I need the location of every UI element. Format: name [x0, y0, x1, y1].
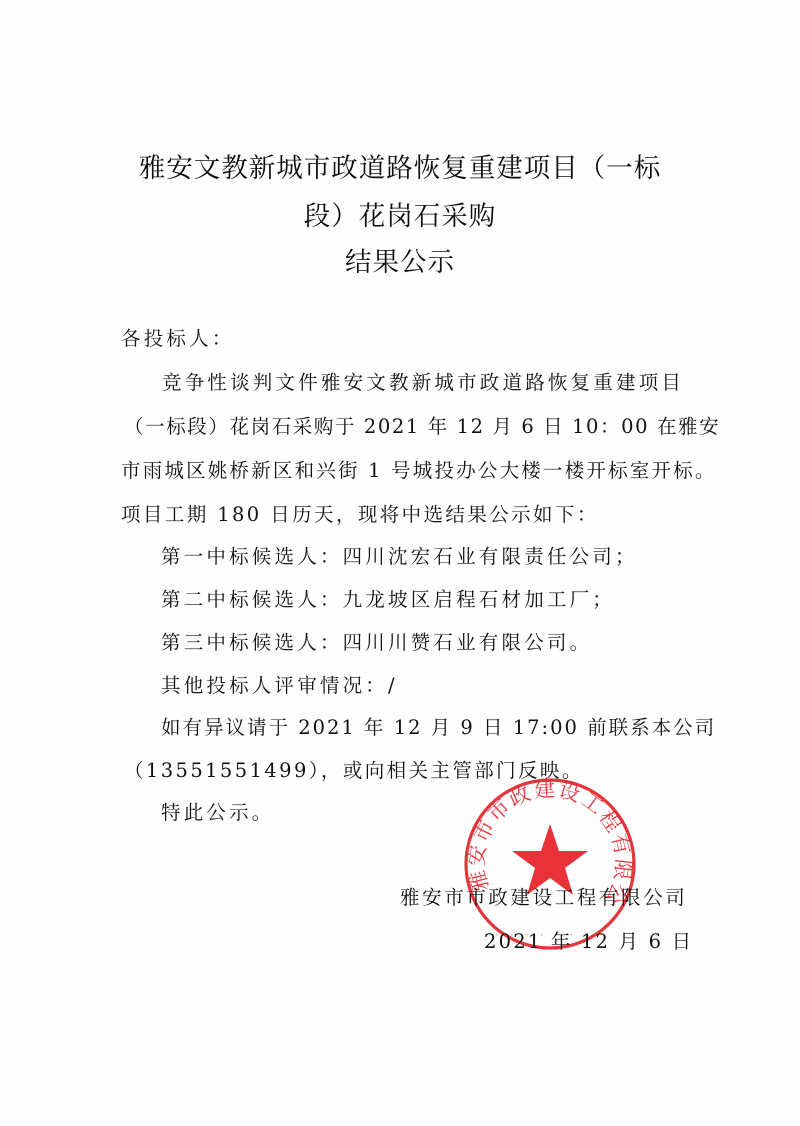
candidate-2-name: 九龙坡区启程石材加工厂； — [343, 588, 615, 611]
candidate-1-name: 四川沈宏石业有限责任公司； — [343, 545, 638, 568]
document-title-line-1: 雅安文教新城市政道路恢复重建项目（一标 — [0, 146, 800, 185]
objection-line-2: （13551551499），或向相关主管部门反映。 — [124, 755, 584, 783]
body-line-2: （一标段）花岗石采购于 2021 年 12 月 6 日 10：00 在雅安 — [124, 411, 720, 439]
document-title-line-2: 段）花岗石采购 — [0, 194, 800, 233]
candidate-3: 第三中标候选人：四川川赞石业有限公司。 — [161, 627, 592, 655]
signature-date: 2021 年 12 月 6 日 — [484, 926, 693, 954]
candidate-2-label: 第二中标候选人： — [161, 588, 343, 611]
body-line-3: 市雨城区姚桥新区和兴街 1 号城投办公大楼一楼开标室开标。 — [121, 455, 717, 483]
closing: 特此公示。 — [161, 797, 275, 825]
body-line-4: 项目工期 180 日历天，现将中选结果公示如下： — [121, 499, 599, 527]
document-title-line-3: 结果公示 — [0, 240, 800, 279]
other-bidders: 其他投标人评审情况：/ — [161, 670, 398, 698]
candidate-3-label: 第三中标候选人： — [161, 631, 343, 654]
signature-company: 雅安市市政建设工程有限公司 — [400, 882, 687, 910]
candidate-1: 第一中标候选人：四川沈宏石业有限责任公司； — [161, 541, 638, 569]
document-page: 雅安文教新城市政道路恢复重建项目（一标 段）花岗石采购 结果公示 各投标人： 竞… — [0, 0, 800, 1126]
candidate-2: 第二中标候选人：九龙坡区启程石材加工厂； — [161, 584, 615, 612]
body-line-1: 竞争性谈判文件雅安文教新城市政道路恢复重建项目 — [162, 367, 684, 395]
candidate-1-label: 第一中标候选人： — [161, 545, 343, 568]
objection-line-1: 如有异议请于 2021 年 12 月 9 日 17:00 前联系本公司 — [161, 712, 716, 740]
salutation: 各投标人： — [121, 323, 235, 351]
candidate-3-name: 四川川赞石业有限公司。 — [343, 631, 593, 654]
